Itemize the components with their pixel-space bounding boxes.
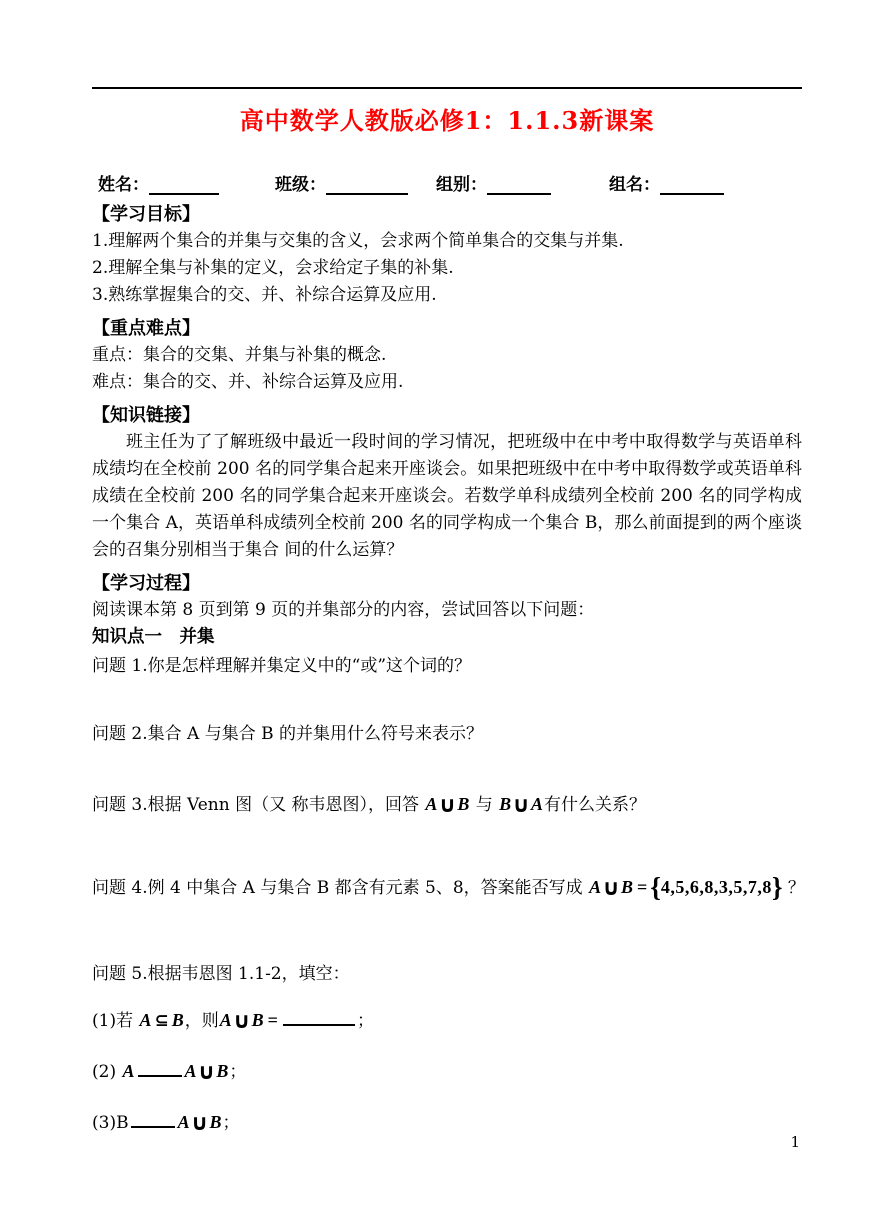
objective-item-1: 1.理解两个集合的并集与交集的含义，会求两个简单集合的交集与并集. — [92, 228, 802, 255]
keypoints-heading: 【重点难点】 — [92, 315, 802, 342]
key-point-line: 重点：集合的交集、并集与补集的概念. — [92, 342, 802, 369]
set-variable-a: A — [138, 1010, 152, 1030]
knowledge-point-title: 知识点一 并集 — [92, 624, 802, 651]
union-formula-ab: A∪B — [424, 795, 470, 815]
item-3-open: (3)B — [92, 1113, 129, 1133]
objectives-heading: 【学习目标】 — [92, 201, 802, 228]
worksheet-page: 高中数学人教版必修1：1.1.3新课案 姓名： 班级： 组别： 组名： 【学习目… — [0, 0, 870, 1229]
question-5-item-2: (2) AA∪B； — [92, 1056, 802, 1087]
union-operator-icon: ∪ — [191, 1111, 209, 1136]
set-variable-a: A — [424, 794, 438, 814]
reading-instruction: 阅读课本第 8 页到第 9 页的并集部分的内容，尝试回答以下问题： — [92, 597, 802, 624]
subset-operator-icon: ⊆ — [153, 1011, 171, 1031]
group-field: 组别： — [436, 170, 609, 195]
set-variable-a: A — [177, 1112, 191, 1132]
team-label: 组名： — [609, 170, 660, 195]
question-3-suffix: 有什么关系？ — [544, 795, 646, 815]
document-title: 高中数学人教版必修1：1.1.3新课案 — [92, 106, 802, 136]
question-3: 问题 3.根据 Venn 图（又 称韦恩图），回答 A∪B 与 B∪A有什么关系… — [92, 789, 802, 820]
header-rule — [92, 87, 802, 89]
team-field: 组名： — [609, 170, 724, 195]
set-variable-b: B — [251, 1010, 265, 1030]
set-elements: 4,5,6,8,3,5,7,8 — [661, 877, 772, 897]
knowledge-link-heading: 【知识链接】 — [92, 402, 802, 429]
union-formula-ba: B∪A — [498, 795, 544, 815]
question-3-middle: 与 — [470, 795, 498, 815]
name-label: 姓名： — [98, 170, 149, 195]
union-formula-ab: A∪B — [184, 1062, 230, 1082]
question-1: 问题 1.你是怎样理解并集定义中的“或”这个词的？ — [92, 651, 802, 681]
set-variable-a: A — [121, 1061, 135, 1081]
set-variable-a: A — [184, 1061, 198, 1081]
union-operator-icon: ∪ — [198, 1060, 216, 1085]
answer-blank — [138, 1058, 182, 1077]
union-operator-icon: ∪ — [438, 793, 456, 818]
class-label: 班级： — [275, 170, 326, 195]
question-5-stem: 问题 5.根据韦恩图 1.1-2，填空： — [92, 959, 802, 989]
item-2-open: (2) — [92, 1062, 121, 1082]
team-blank — [660, 175, 724, 195]
open-brace: { — [650, 872, 661, 902]
close-brace: } — [772, 872, 783, 902]
objective-item-2: 2.理解全集与补集的定义，会求给定子集的补集. — [92, 255, 802, 282]
set-variable-b: B — [620, 877, 634, 897]
group-blank — [487, 175, 551, 195]
page-number: 1 — [790, 1133, 800, 1151]
set-variable-a: A — [530, 794, 544, 814]
question-5-item-1: (1)若 A⊆B，则A∪B=； — [92, 1005, 802, 1036]
item-2-tail: ； — [229, 1062, 246, 1082]
union-operator-icon: ∪ — [512, 793, 530, 818]
union-formula-ab: A∪B — [177, 1113, 223, 1133]
union-operator-icon: ∪ — [233, 1009, 251, 1034]
question-4-text: 问题 4.例 4 中集合 A 与集合 B 都含有元素 5、8，答案能否写成 — [92, 878, 588, 898]
equals-sign: = — [265, 1010, 281, 1030]
answer-blank — [131, 1109, 175, 1128]
union-formula-ab: A∪B — [219, 1011, 265, 1031]
group-label: 组别： — [436, 170, 487, 195]
union-operator-icon: ∪ — [602, 876, 620, 901]
question-3-text: 问题 3.根据 Venn 图（又 称韦恩图），回答 — [92, 795, 424, 815]
item-3-tail: ； — [222, 1113, 239, 1133]
question-4-suffix: ？ — [783, 878, 805, 898]
set-variable-a: A — [219, 1010, 233, 1030]
set-variable-b: B — [498, 794, 512, 814]
set-variable-b: B — [456, 794, 470, 814]
name-blank — [149, 175, 219, 195]
student-info-row: 姓名： 班级： 组别： 组名： — [92, 170, 802, 195]
process-heading: 【学习过程】 — [92, 570, 802, 597]
question-4: 问题 4.例 4 中集合 A 与集合 B 都含有元素 5、8，答案能否写成 A∪… — [92, 872, 802, 903]
objective-item-3: 3.熟练掌握集合的交、并、补综合运算及应用. — [92, 282, 802, 309]
set-variable-b: B — [215, 1061, 229, 1081]
item-1-then: ，则 — [185, 1011, 219, 1031]
class-field: 班级： — [275, 170, 436, 195]
knowledge-link-paragraph: 班主任为了了解班级中最近一段时间的学习情况，把班级中在中考中取得数学与英语单科成… — [92, 429, 802, 564]
set-variable-b: B — [171, 1010, 185, 1030]
set-variable-a: A — [588, 877, 602, 897]
equals-sign: = — [634, 877, 650, 897]
item-1-open: (1)若 — [92, 1011, 138, 1031]
name-field: 姓名： — [98, 170, 275, 195]
question-5-item-3: (3)BA∪B； — [92, 1107, 802, 1138]
difficult-point-line: 难点：集合的交、并、补综合运算及应用. — [92, 369, 802, 396]
item-1-tail: ； — [357, 1011, 374, 1031]
set-variable-b: B — [208, 1112, 222, 1132]
class-blank — [326, 175, 408, 195]
question-2: 问题 2.集合 A 与集合 B 的并集用什么符号来表示？ — [92, 719, 802, 749]
answer-blank — [283, 1007, 355, 1026]
union-formula-ab: A∪B — [588, 878, 634, 898]
